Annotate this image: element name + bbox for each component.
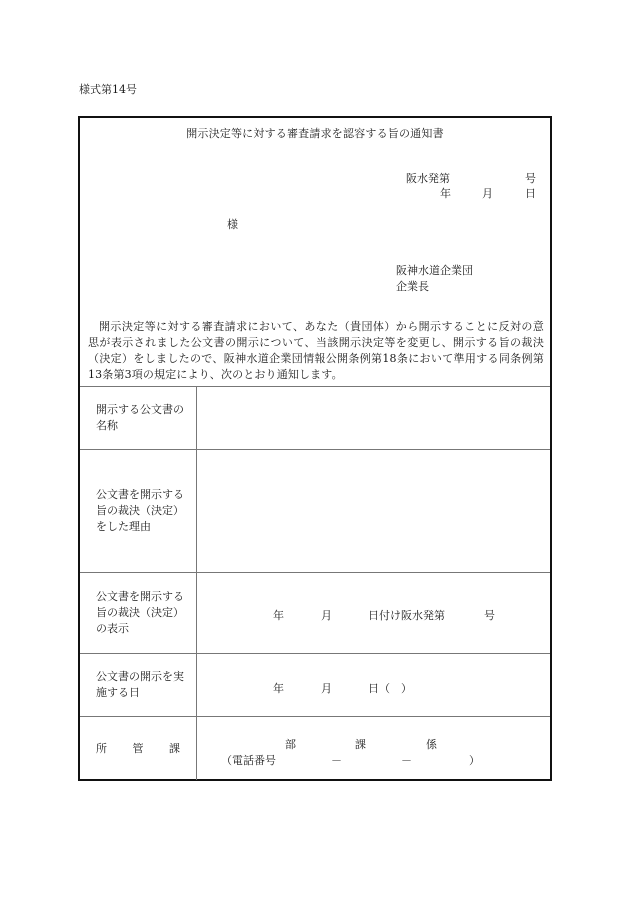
notice-body-text: 開示決定等に対する審査請求において、あなた（貴団体）から開示することに反対の意思… — [88, 319, 544, 383]
reason-field[interactable] — [197, 450, 550, 572]
sender-block: 阪神水道企業団 企業長 — [396, 263, 473, 295]
disclosure-day-weekday: 日（ ） — [368, 680, 412, 696]
decision-day-ref: 日付け阪水発第 — [368, 607, 445, 623]
table-row-document-name: 開示する公文書の名称 — [80, 387, 550, 450]
notice-header-section: 開示決定等に対する審査請求を認容する旨の通知書 阪水発第 号 年 月 日 様 阪… — [80, 118, 550, 386]
row-label: 公文書を開示する旨の裁決（決定）をした理由 — [96, 487, 188, 535]
phone-label-open: （電話番号 — [221, 752, 276, 768]
unit-label: 係 — [426, 736, 437, 752]
section-label: 課 — [355, 736, 366, 752]
sender-title: 企業長 — [396, 279, 473, 295]
reference-number: 阪水発第 号 — [406, 170, 536, 186]
sender-organization: 阪神水道企業団 — [396, 263, 473, 279]
document-title: 開示決定等に対する審査請求を認容する旨の通知書 — [80, 125, 550, 141]
decision-display-field[interactable]: 年 月 日付け阪水発第 号 — [197, 573, 550, 653]
notice-details-table: 開示する公文書の名称 公文書を開示する旨の裁決（決定）をした理由 公文書を開示す… — [80, 386, 550, 780]
addressee-honorific: 様 — [227, 216, 238, 232]
document-name-field[interactable] — [197, 387, 550, 449]
phone-dash-1: － — [331, 752, 342, 768]
phone-dash-2: － — [401, 752, 412, 768]
decision-year: 年 — [273, 607, 284, 623]
responsible-section-field[interactable]: 部 課 係 （電話番号 － － ） — [197, 717, 550, 780]
date-month: 月 — [482, 185, 493, 201]
table-row-responsible-section: 所 管 課 部 課 係 （電話番号 － － ） — [80, 717, 550, 780]
table-row-decision-display: 公文書を開示する旨の裁決（決定）の表示 年 月 日付け阪水発第 号 — [80, 573, 550, 654]
decision-month: 月 — [321, 607, 332, 623]
reference-suffix: 号 — [525, 170, 536, 186]
row-label: 所 管 課 — [96, 741, 180, 757]
row-label: 公文書を開示する旨の裁決（決定）の表示 — [96, 589, 188, 637]
date-year: 年 — [440, 185, 451, 201]
table-row-disclosure-date: 公文書の開示を実施する日 年 月 日（ ） — [80, 654, 550, 717]
reference-prefix: 阪水発第 — [406, 172, 450, 185]
disclosure-date-field[interactable]: 年 月 日（ ） — [197, 654, 550, 716]
date-day: 日 — [525, 185, 536, 201]
decision-number-suffix: 号 — [484, 607, 495, 623]
department-label: 部 — [285, 736, 296, 752]
form-number: 様式第14号 — [79, 81, 137, 97]
notice-frame: 開示決定等に対する審査請求を認容する旨の通知書 阪水発第 号 年 月 日 様 阪… — [78, 116, 552, 781]
row-label: 公文書の開示を実施する日 — [96, 669, 188, 701]
phone-close: ） — [469, 752, 480, 768]
table-row-reason: 公文書を開示する旨の裁決（決定）をした理由 — [80, 450, 550, 573]
disclosure-year: 年 — [273, 680, 284, 696]
row-label: 開示する公文書の名称 — [96, 402, 188, 434]
disclosure-month: 月 — [321, 680, 332, 696]
